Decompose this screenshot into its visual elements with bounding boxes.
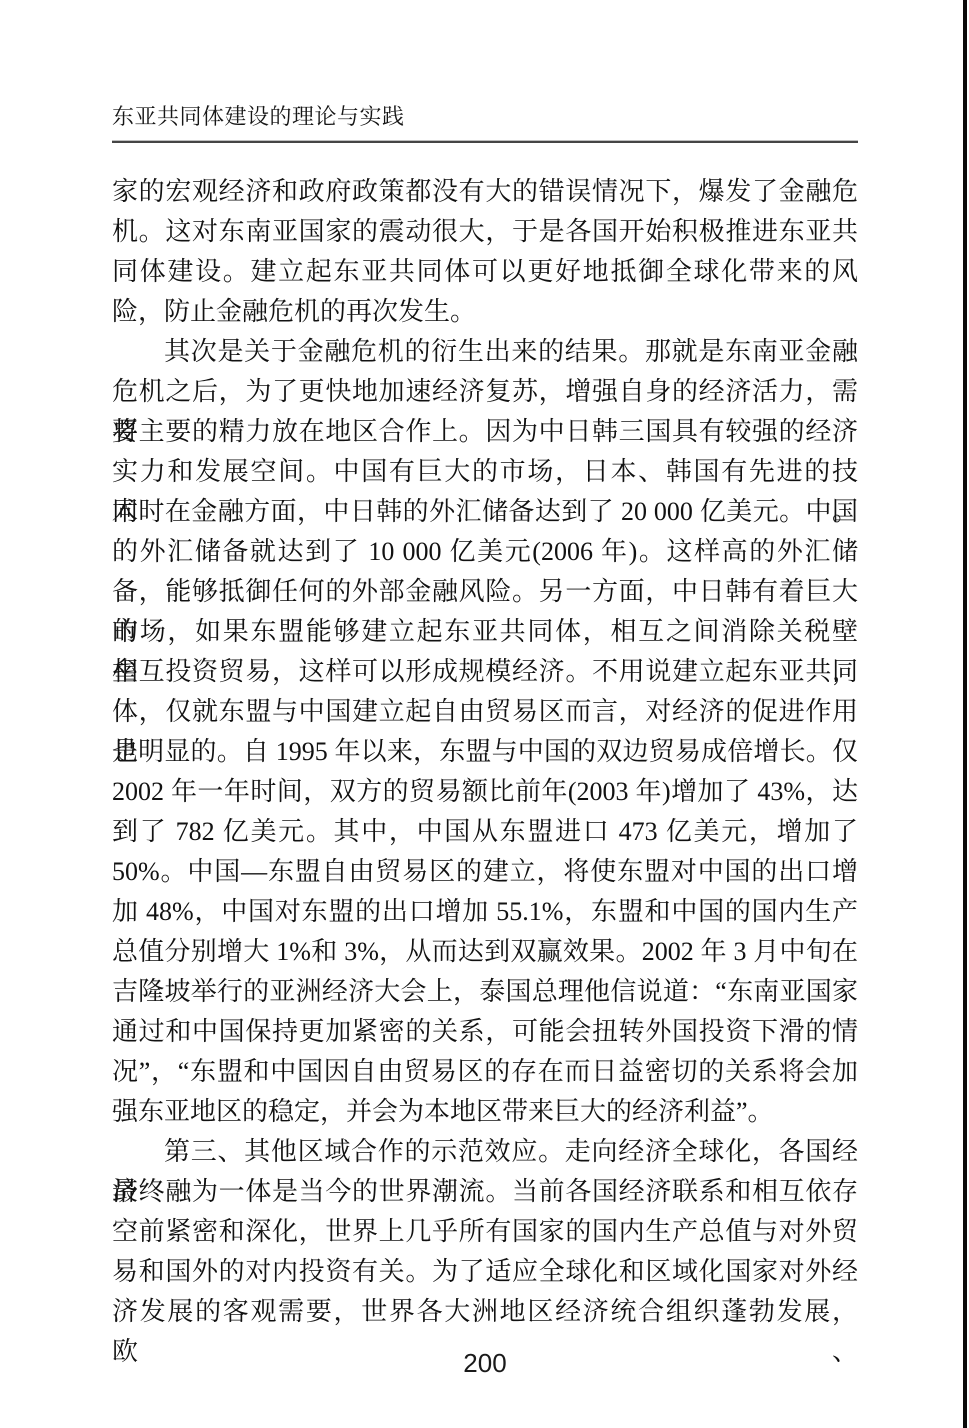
text-line: 总值分别增大 1%和 3%，从而达到双赢效果。2002 年 3 月中旬在: [112, 932, 858, 972]
scan-edge-bar: [963, 0, 967, 1428]
text-line: 将主要的精力放在地区合作上。因为中日韩三国具有较强的经济: [112, 412, 858, 452]
page-body: 家的宏观经济和政府政策都没有大的错误情况下，爆发了金融危 机。这对东南亚国家的震…: [112, 172, 858, 1332]
text-line: 是明显的。自 1995 年以来，东盟与中国的双边贸易成倍增长。仅: [112, 732, 858, 772]
text-line: 市场，如果东盟能够建立起东亚共同体，相互之间消除关税壁垒，: [112, 612, 858, 652]
text-line: 易和国外的对内投资有关。为了适应全球化和区域化国家对外经: [112, 1252, 858, 1292]
text-line: 实力和发展空间。中国有巨大的市场，日本、韩国有先进的技术。: [112, 452, 858, 492]
text-line: 通过和中国保持更加紧密的关系，可能会扭转外国投资下滑的情: [112, 1012, 858, 1052]
text-line: 加 48%，中国对东盟的出口增加 55.1%，东盟和中国的国内生产: [112, 892, 858, 932]
text-line: 空前紧密和深化，世界上几乎所有国家的国内生产总值与对外贸: [112, 1212, 858, 1252]
text-line: 第三、其他区域合作的示范效应。走向经济全球化，各国经济: [112, 1132, 858, 1172]
text-line: 2002 年一年时间，双方的贸易额比前年(2003 年)增加了 43%，达: [112, 772, 858, 812]
page-column: 东亚共同体建设的理论与实践 家的宏观经济和政府政策都没有大的错误情况下，爆发了金…: [112, 0, 858, 1332]
text-line: 50%。中国—东盟自由贸易区的建立，将使东盟对中国的出口增: [112, 852, 858, 892]
running-head-title: 东亚共同体建设的理论与实践: [112, 102, 858, 132]
text-line: 同时在金融方面，中日韩的外汇储备达到了 20 000 亿美元。中国: [112, 492, 858, 532]
text-line: 到了 782 亿美元。其中，中国从东盟进口 473 亿美元，增加了: [112, 812, 858, 852]
text-line: 体，仅就东盟与中国建立起自由贸易区而言，对经济的促进作用也: [112, 692, 858, 732]
header-rule: [112, 141, 858, 143]
text-line: 吉隆坡举行的亚洲经济大会上，泰国总理他信说道：“东南亚国家: [112, 972, 858, 1012]
page-number: 200: [112, 1348, 858, 1379]
text-line: 况”，“东盟和中国因自由贸易区的存在而日益密切的关系将会加: [112, 1052, 858, 1092]
text-line: 备，能够抵御任何的外部金融风险。另一方面，中日韩有着巨大的: [112, 572, 858, 612]
text-line: 危机之后，为了更快地加速经济复苏，增强自身的经济活力，需要: [112, 372, 858, 412]
text-line: 同体建设。建立起东亚共同体可以更好地抵御全球化带来的风: [112, 252, 858, 292]
text-line: 相互投资贸易，这样可以形成规模经济。不用说建立起东亚共同: [112, 652, 858, 692]
text-line: 家的宏观经济和政府政策都没有大的错误情况下，爆发了金融危: [112, 172, 858, 212]
text-line: 机。这对东南亚国家的震动很大，于是各国开始积极推进东亚共: [112, 212, 858, 252]
text-line: 济发展的客观需要，世界各大洲地区经济统合组织蓬勃发展，欧、: [112, 1292, 858, 1332]
text-line: 其次是关于金融危机的衍生出来的结果。那就是东南亚金融: [112, 332, 858, 372]
text-line: 险，防止金融危机的再次发生。: [112, 292, 858, 332]
text-line: 最终融为一体是当今的世界潮流。当前各国经济联系和相互依存: [112, 1172, 858, 1212]
text-line: 的外汇储备就达到了 10 000 亿美元(2006 年)。这样高的外汇储: [112, 532, 858, 572]
text-line: 强东亚地区的稳定，并会为本地区带来巨大的经济利益”。: [112, 1092, 858, 1132]
